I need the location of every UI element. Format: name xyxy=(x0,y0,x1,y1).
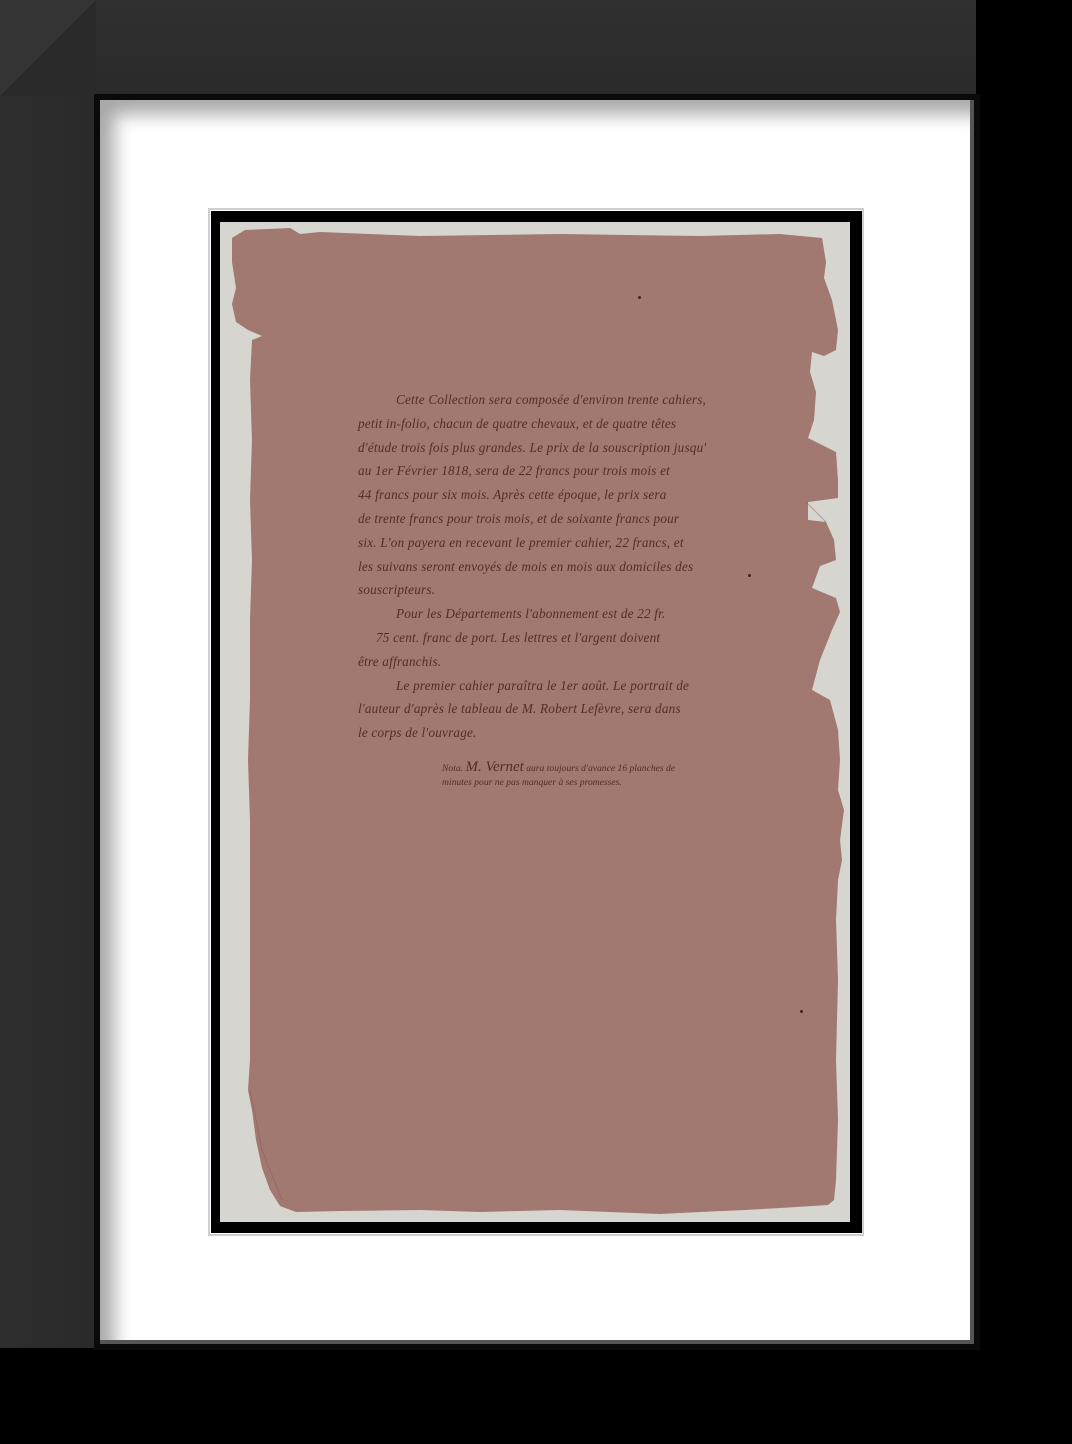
paragraph-1-line: d'étude trois fois plus grandes. Le prix… xyxy=(358,436,728,460)
nota-bene: Nota. M. Vernet aura toujours d'avance 1… xyxy=(442,760,682,790)
note-prefix: Nota. xyxy=(442,763,463,774)
paragraph-2-line: Pour les Départements l'abonnement est d… xyxy=(358,602,728,626)
paragraph-1-line: au 1er Février 1818, sera de 22 francs p… xyxy=(358,459,728,483)
paragraph-3-line: Le premier cahier paraîtra le 1er août. … xyxy=(358,674,728,698)
paragraph-1-line: les suivans seront envoyés de mois en mo… xyxy=(358,555,728,579)
paragraph-1-line: 44 francs pour six mois. Après cette épo… xyxy=(358,483,728,507)
paragraph-1-line: petit in-folio, chacun de quatre chevaux… xyxy=(358,412,728,436)
paragraph-2-line: être affranchis. xyxy=(358,650,728,674)
paragraph-1-line: Cette Collection sera composée d'environ… xyxy=(358,388,728,412)
paragraph-1-line: souscripteurs. xyxy=(358,578,728,602)
note-name: M. Vernet xyxy=(465,759,523,775)
manuscript-text: Cette Collection sera composée d'environ… xyxy=(358,388,728,745)
paragraph-1-line: six. L'on payera en recevant le premier … xyxy=(358,531,728,555)
paragraph-2-line: 75 cent. franc de port. Les lettres et l… xyxy=(358,626,728,650)
note-line-2: minutes pour ne pas manquer à ses promes… xyxy=(442,776,682,790)
paragraph-1-line: de trente francs pour trois mois, et de … xyxy=(358,507,728,531)
note-line-1: aura toujours d'avance 16 planches de xyxy=(526,763,675,774)
paper-spot xyxy=(748,574,751,577)
paper-spot xyxy=(800,1010,803,1013)
paper-spot xyxy=(638,296,641,299)
paragraph-3-line: l'auteur d'après le tableau de M. Robert… xyxy=(358,697,728,721)
paragraph-3-line: le corps de l'ouvrage. xyxy=(358,721,728,745)
